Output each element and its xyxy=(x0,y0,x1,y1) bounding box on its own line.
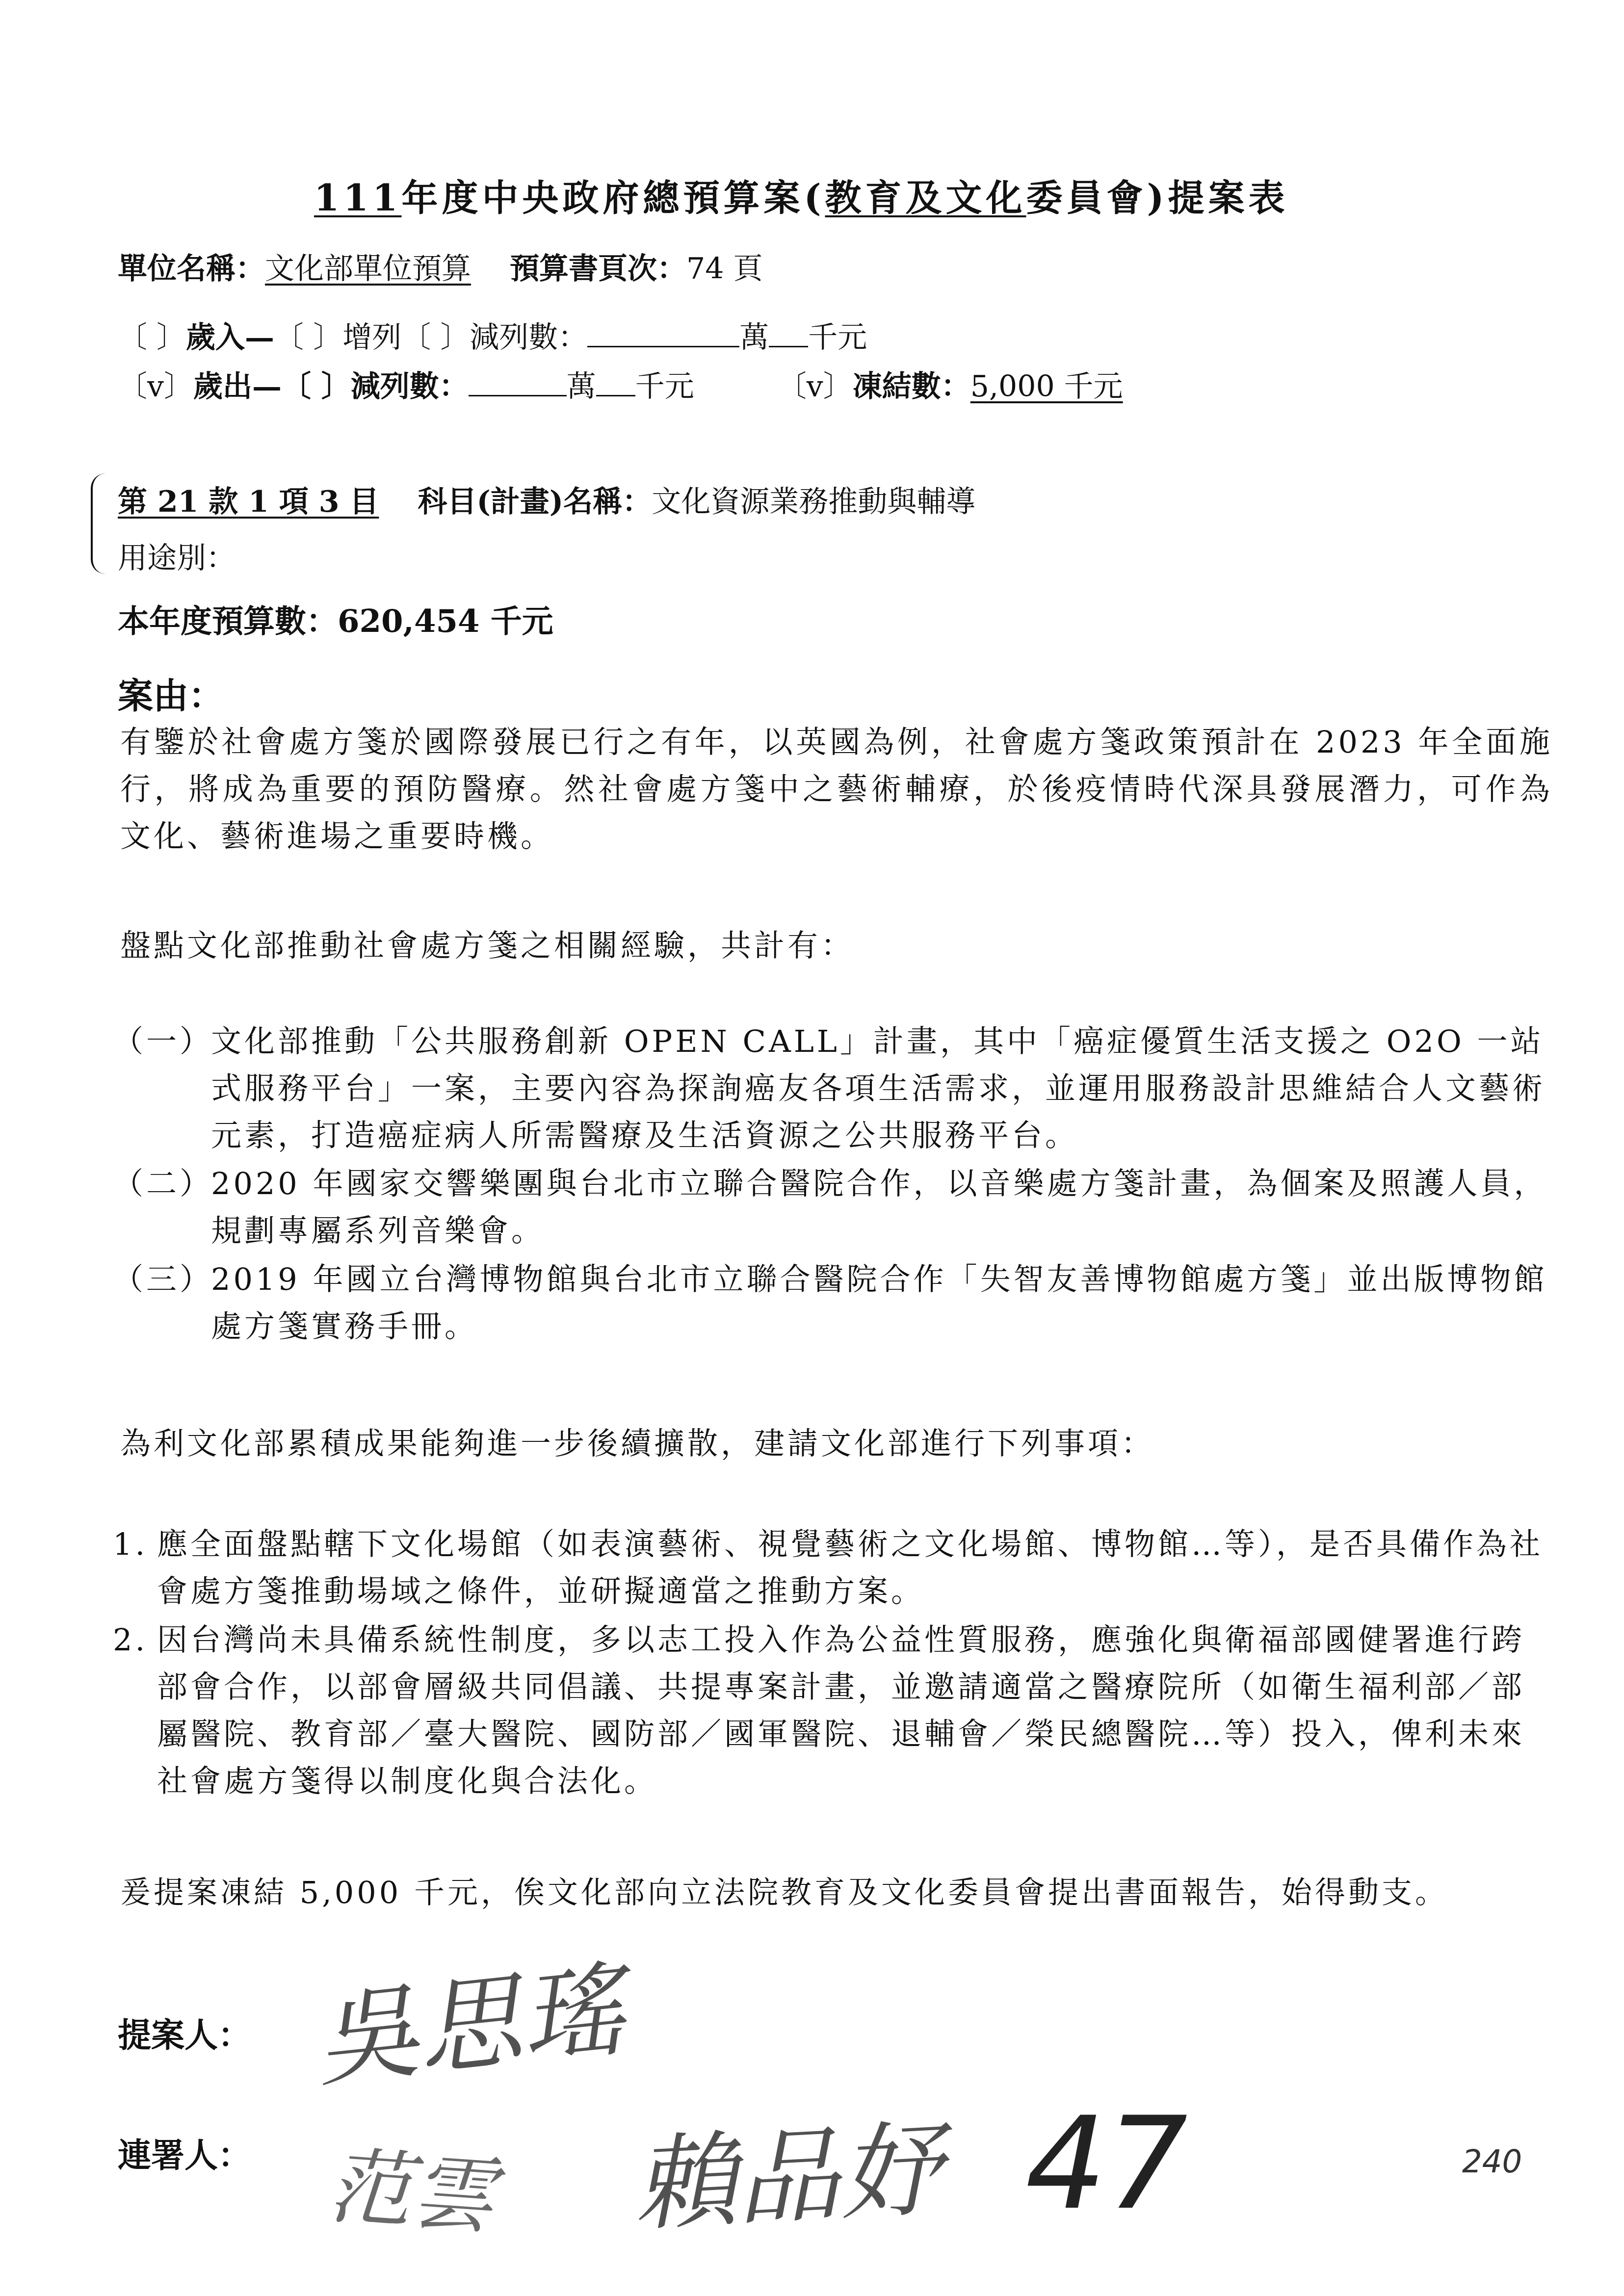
expense-qian-blank xyxy=(596,370,635,396)
revenue-wan-label: 萬 xyxy=(739,320,769,355)
revenue-increase: 〔 〕增列 xyxy=(274,320,401,355)
unit-value: 文化部單位預算 xyxy=(265,252,471,286)
cosigner-signature-1: 范雲 xyxy=(325,2118,499,2250)
title-committee: 教育及文化 xyxy=(825,177,1026,219)
request-marker: 1. xyxy=(113,1521,157,1615)
experience-marker: （一） xyxy=(113,1018,211,1159)
title-middle: 年度中央政府總預算案( xyxy=(401,177,825,219)
expense-line: 〔v〕歲出—〔 〕減列數：萬千元 〔v〕凍結數：5,000 千元 xyxy=(118,363,1123,405)
title-year: 111 xyxy=(314,177,401,219)
item-name-value: 文化資源業務推動與輔導 xyxy=(652,485,975,519)
usage-label: 用途別： xyxy=(118,541,236,575)
expense-decrease: 〔 〕減列數： xyxy=(282,369,469,404)
handwritten-count: 47 xyxy=(1025,2090,1188,2238)
experience-item-3: （三）2019 年國立台灣博物館與台北市立聯合醫院合作「失智友善博物館處方箋」並… xyxy=(113,1256,1555,1350)
cosigner-label: 連署人： xyxy=(118,2129,251,2177)
usage-line: 用途別： xyxy=(118,535,236,577)
revenue-qian-blank xyxy=(769,321,808,347)
page-label: 預算書頁次： xyxy=(510,252,686,286)
revenue-qian-label: 千元 xyxy=(808,320,867,355)
experience-text: 2020 年國家交響樂團與台北市立聯合醫院合作，以音樂處方箋計畫，為個案及照護人… xyxy=(211,1160,1555,1254)
revenue-decrease: 〔 〕減列數： xyxy=(401,320,587,355)
proposer-signature: 吳思瑤 xyxy=(307,1927,630,2107)
revenue-wan-blank xyxy=(587,321,739,347)
expense-qian-label: 千元 xyxy=(635,369,694,404)
page-number: 240 xyxy=(1462,2144,1522,2180)
experience-item-1: （一）文化部推動「公共服務創新 OPEN CALL」計畫，其中「癌症優質生活支援… xyxy=(113,1018,1555,1159)
revenue-line: 〔 〕歲入—〔 〕增列〔 〕減列數：萬千元 xyxy=(118,314,867,356)
unit-line: 單位名稱：文化部單位預算 預算書頁次：74 頁 xyxy=(118,245,763,287)
freeze-checkbox: 〔v〕 xyxy=(777,369,853,404)
revenue-checkbox: 〔 〕 xyxy=(118,320,186,355)
reason-heading: 案由： xyxy=(118,667,224,718)
cosigner-signature-2: 賴品妤 xyxy=(629,2087,946,2251)
title-end: 委員會)提案表 xyxy=(1026,177,1288,219)
reason-intro: 有鑒於社會處方箋於國際發展已行之有年，以英國為例，社會處方箋政策預計在 2023… xyxy=(120,719,1553,860)
expense-wan-blank xyxy=(469,370,567,396)
freeze-value: 5,000 千元 xyxy=(970,369,1123,404)
experience-item-2: （二）2020 年國家交響樂團與台北市立聯合醫院合作，以音樂處方箋計畫，為個案及… xyxy=(113,1160,1555,1254)
experience-text: 文化部推動「公共服務創新 OPEN CALL」計畫，其中「癌症優質生活支援之 O… xyxy=(211,1018,1555,1159)
experience-text: 2019 年國立台灣博物館與台北市立聯合醫院合作「失智友善博物館處方箋」並出版博… xyxy=(211,1256,1555,1350)
expense-wan-label: 萬 xyxy=(567,369,596,404)
item-line: 第 21 款 1 項 3 目 科目(計畫)名稱：文化資源業務推動與輔導 xyxy=(118,478,975,521)
request-text: 因台灣尚未具備系統性制度，多以志工投入作為公益性質服務，應強化與衛福部國健署進行… xyxy=(157,1617,1555,1805)
document-title: 111年度中央政府總預算案(教育及文化委員會)提案表 xyxy=(314,169,1289,221)
unit-label: 單位名稱： xyxy=(118,252,265,286)
experience-marker: （三） xyxy=(113,1256,211,1350)
budget-label: 本年度預算數： xyxy=(118,603,338,640)
page-value: 74 頁 xyxy=(686,252,762,286)
budget-value: 620,454 千元 xyxy=(338,603,553,640)
item-code: 第 21 款 1 項 3 目 xyxy=(118,485,379,519)
expense-label: 歲出— xyxy=(193,369,282,404)
reason-conclusion: 爰提案凍結 5,000 千元，俟文化部向立法院教育及文化委員會提出書面報告，始得… xyxy=(120,1869,1553,1916)
request-item-2: 2.因台灣尚未具備系統性制度，多以志工投入作為公益性質服務，應強化與衛福部國健署… xyxy=(113,1617,1555,1805)
freeze-label: 凍結數： xyxy=(853,369,970,404)
item-name-label: 科目(計畫)名稱： xyxy=(418,485,652,519)
budget-line: 本年度預算數：620,454 千元 xyxy=(118,596,553,641)
request-text: 應全面盤點轄下文化場館（如表演藝術、視覺藝術之文化場館、博物館…等），是否具備作… xyxy=(157,1521,1555,1615)
item-brace xyxy=(91,473,112,574)
request-intro: 為利文化部累積成果能夠進一步後續擴散，建請文化部進行下列事項： xyxy=(120,1420,1553,1467)
proposer-label: 提案人： xyxy=(118,2009,251,2057)
revenue-label: 歲入— xyxy=(186,320,274,355)
expense-checkbox: 〔v〕 xyxy=(118,369,193,404)
request-marker: 2. xyxy=(113,1617,157,1805)
experience-marker: （二） xyxy=(113,1160,211,1254)
reason-inventory: 盤點文化部推動社會處方箋之相關經驗，共計有： xyxy=(120,922,1553,969)
request-item-1: 1.應全面盤點轄下文化場館（如表演藝術、視覺藝術之文化場館、博物館…等），是否具… xyxy=(113,1521,1555,1615)
